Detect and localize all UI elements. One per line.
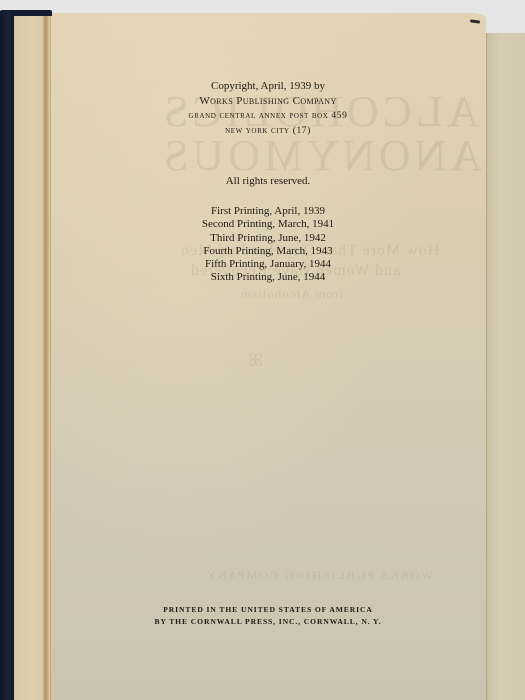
printer-imprint: PRINTED IN THE UNITED STATES OF AMERICA … (50, 604, 486, 627)
printing-entry: Fourth Printing, March, 1943 (50, 245, 486, 258)
printing-entry: Third Printing, June, 1942 (50, 232, 486, 245)
copyright-line: Copyright, April, 1939 by (50, 79, 486, 94)
publisher-address: GRAND CENTRAL ANNEX POST BOX 459 (50, 109, 486, 124)
show-through-subtitle-line3: from Alcoholism (240, 286, 343, 302)
printing-entry: First Printing, April, 1939 (50, 205, 486, 218)
printing-entry: Second Printing, March, 1941 (50, 218, 486, 231)
printing-entry: Sixth Printing, June, 1944 (50, 271, 486, 284)
page-gutter (43, 14, 49, 700)
facing-page-edge (485, 33, 525, 700)
publisher-city: NEW YORK CITY (17) (50, 124, 486, 139)
printing-entry: Fifth Printing, January, 1944 (50, 258, 486, 271)
show-through-ornament: ꕤ (244, 350, 263, 371)
printer-imprint-line1: PRINTED IN THE UNITED STATES OF AMERICA (50, 604, 486, 616)
copyright-block: Copyright, April, 1939 by Works Publishi… (50, 79, 486, 139)
book-cover-board (0, 11, 14, 700)
printer-imprint-line2: BY THE CORNWALL PRESS, INC., CORNWALL, N… (50, 616, 486, 628)
show-through-publisher: WORKS PUBLISHING COMPANY (205, 568, 433, 583)
rights-statement: All rights reserved. (50, 174, 486, 188)
publisher-name: Works Publishing Company (50, 94, 486, 109)
printing-history: First Printing, April, 1939 Second Print… (50, 205, 486, 285)
